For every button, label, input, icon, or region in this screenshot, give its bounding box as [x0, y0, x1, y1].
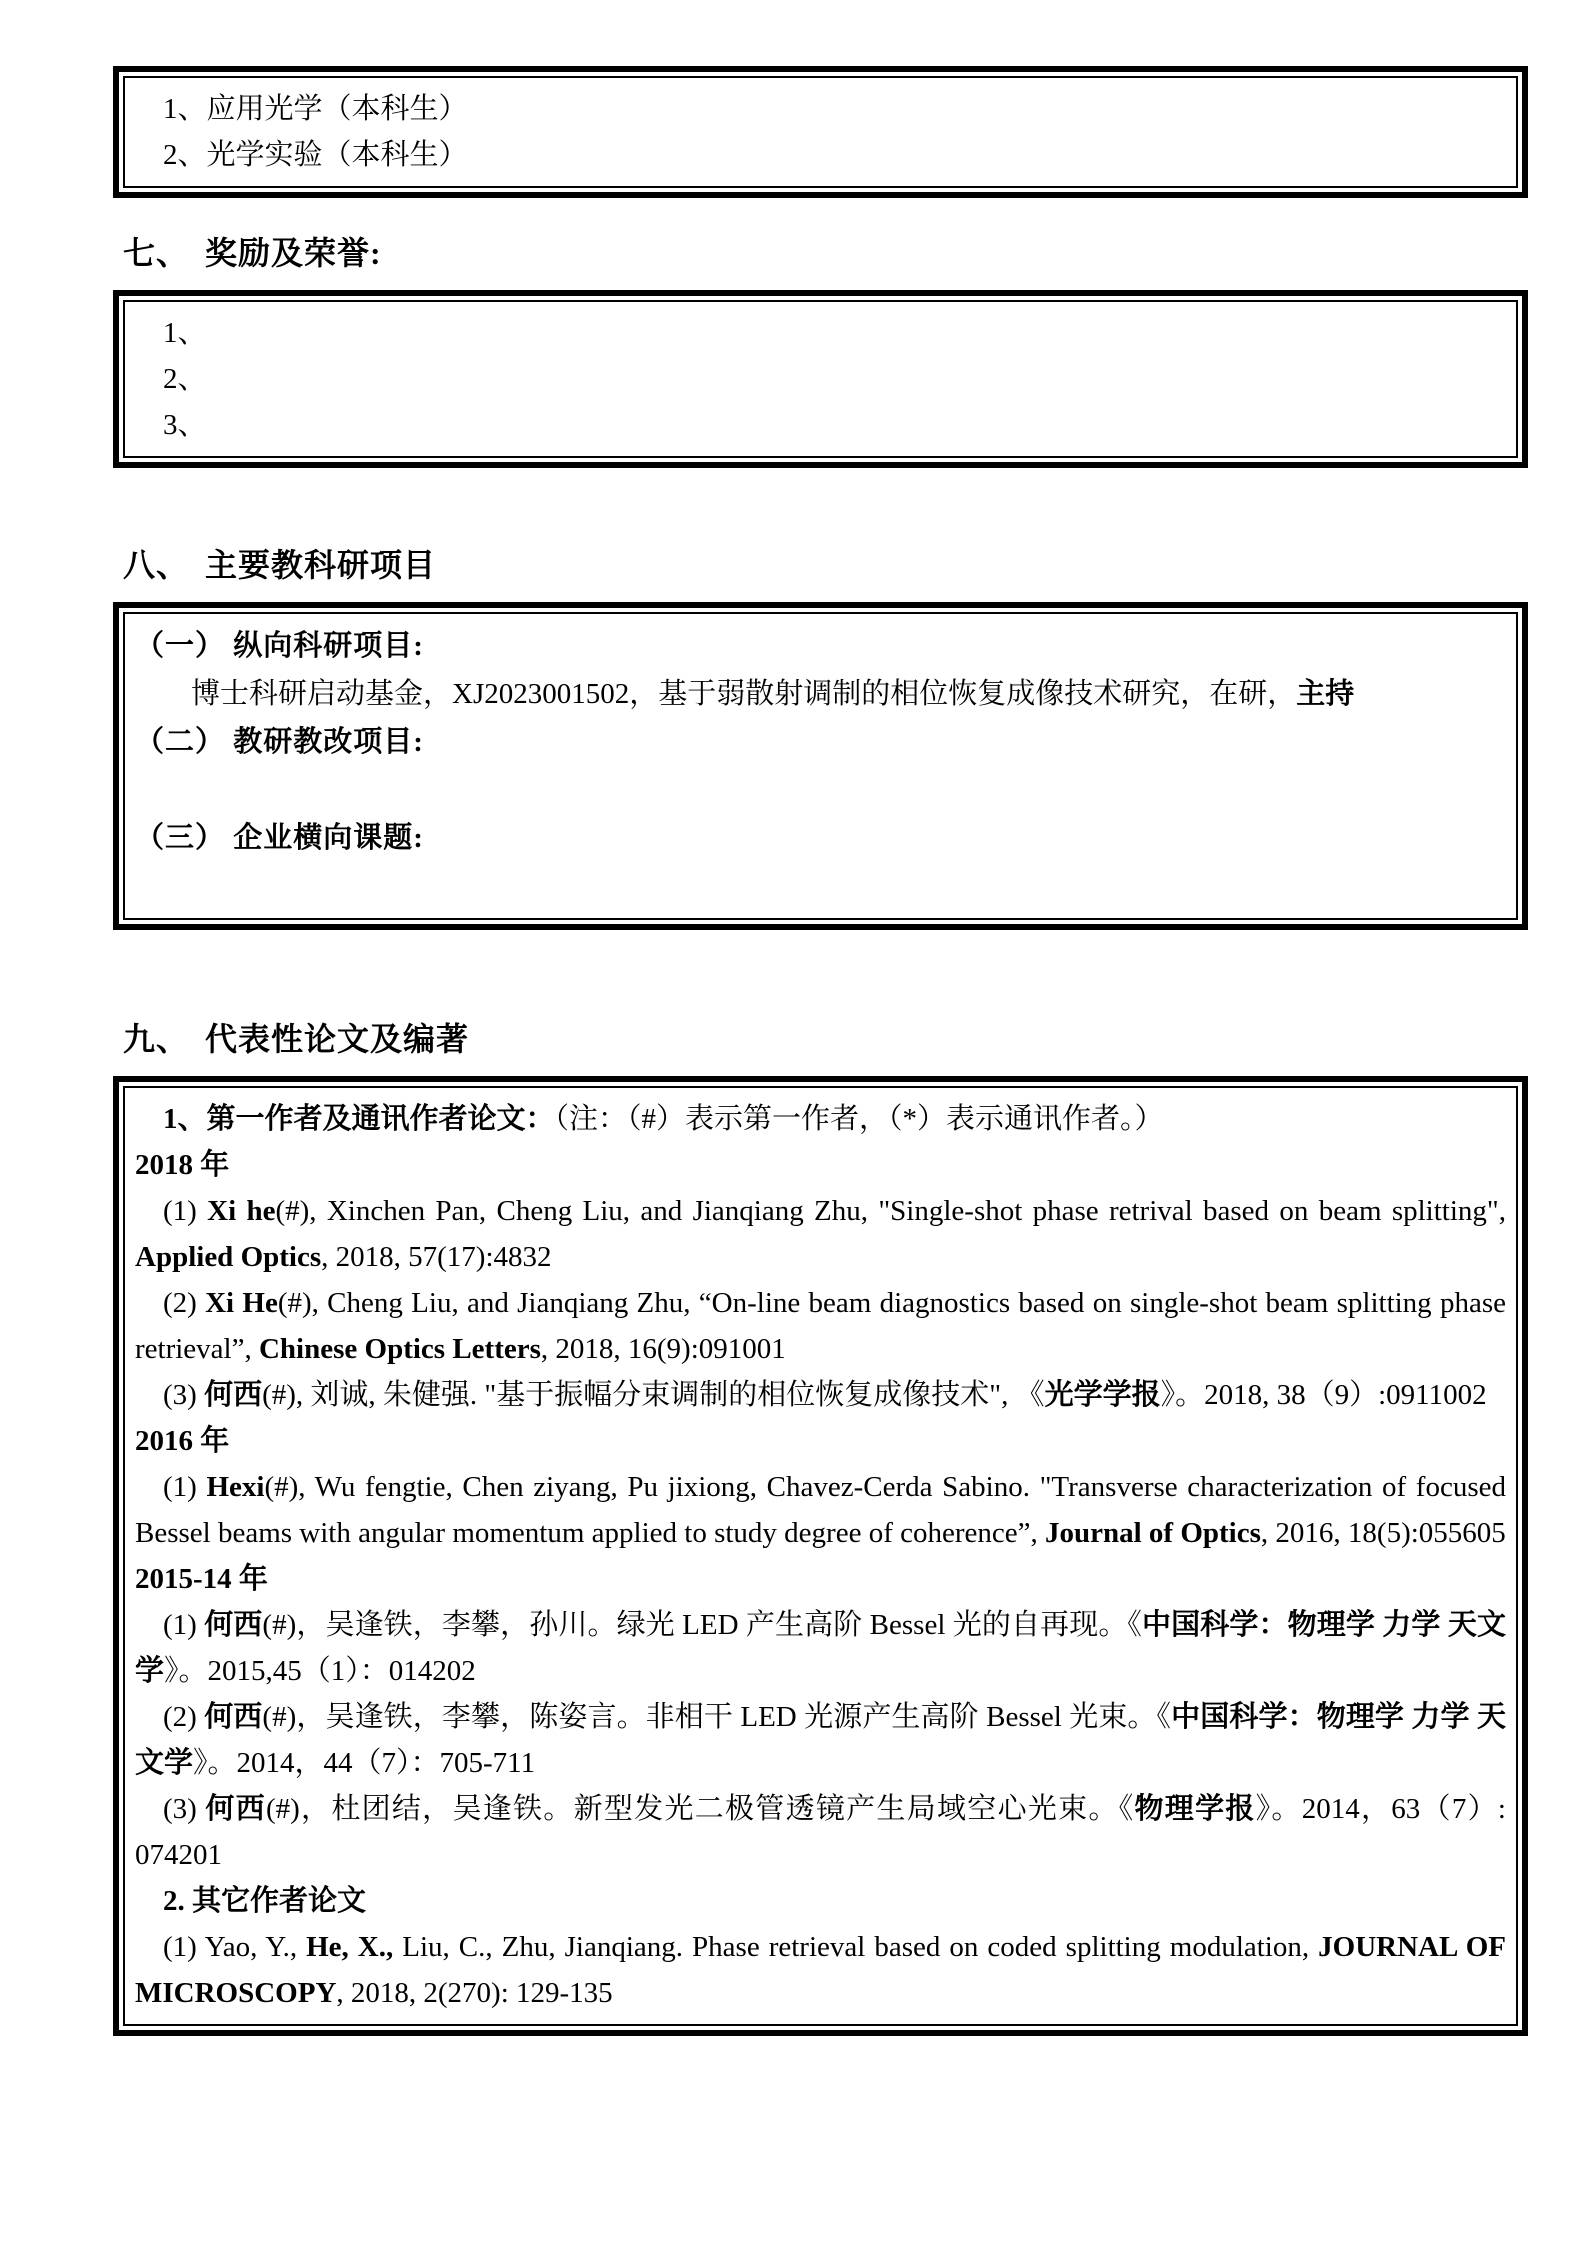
award-item: 3、 [135, 402, 1506, 448]
plain-text: (#)，吴逢铁，李攀，孙川。绿光 LED 产生高阶 Bessel 光的自再现。《 [262, 1609, 1142, 1641]
plain-text: , 2018, 16(9):091001 [541, 1333, 786, 1365]
section-nine-title: 代表性论文及编著 [205, 1014, 469, 1060]
bold-text: 何西 [204, 1609, 262, 1641]
section-seven-number: 七、 [123, 228, 189, 274]
plain-text: (1) [163, 1609, 204, 1641]
plain-text: 》。2015,45（1）：014202 [164, 1655, 476, 1687]
bold-text: 何西 [205, 1793, 266, 1825]
bold-text: 何西 [204, 1701, 262, 1733]
pub-year-heading: 2018 年 [135, 1142, 1506, 1188]
plain-text: 》。2018, 38（9）:0911002 [1161, 1379, 1487, 1411]
courses-box-inner: 1、应用光学（本科生）2、光学实验（本科生） [123, 76, 1518, 188]
pub-entry: 2. 其它作者论文 [135, 1878, 1506, 1924]
plain-text: (#)，吴逢铁，李攀，陈姿言。非相干 LED 光源产生高阶 Bessel 光束。… [262, 1701, 1171, 1733]
plain-text: , 2016, 18(5):055605 [1261, 1517, 1506, 1549]
publications-box-inner: 1、第一作者及通讯作者论文：（注：（#）表示第一作者，（*）表示通讯作者。）20… [123, 1086, 1518, 2026]
award-item: 2、 [135, 356, 1506, 402]
bold-text: 物理学报 [1135, 1793, 1256, 1825]
section-seven-heading: 七、 奖励及荣誉: [123, 228, 1528, 274]
bold-text: Xi he [207, 1195, 275, 1227]
bold-text: Hexi [206, 1471, 264, 1503]
plain-text: 》。2014，44（7）：705-711 [193, 1747, 535, 1779]
projects-box: （一） 纵向科研项目: 博士科研启动基金，XJ2023001502，基于弱散射调… [113, 602, 1528, 930]
projects-box-inner: （一） 纵向科研项目: 博士科研启动基金，XJ2023001502，基于弱散射调… [123, 612, 1518, 920]
bold-text: 2. 其它作者论文 [163, 1885, 366, 1917]
pub-entry: (1) 何西(#)，吴逢铁，李攀，孙川。绿光 LED 产生高阶 Bessel 光… [135, 1602, 1506, 1694]
plain-text: (1) [163, 1195, 207, 1227]
bold-text: 何西 [204, 1379, 262, 1411]
section-seven-title: 奖励及荣誉: [205, 228, 382, 274]
pub-year-heading: 2016 年 [135, 1418, 1506, 1464]
document-page: 1、应用光学（本科生）2、光学实验（本科生） 七、 奖励及荣誉: 1、2、3、 … [0, 0, 1586, 2245]
plain-text: (1) [163, 1471, 206, 1503]
awards-box-inner: 1、2、3、 [123, 300, 1518, 458]
pub-entry: (3) 何西(#)，杜团结，吴逢铁。新型发光二极管透镜产生局域空心光束。《物理学… [135, 1786, 1506, 1878]
plain-text: Liu, C., Zhu, Jianqiang. Phase retrieval… [393, 1931, 1318, 1963]
bold-text: Applied Optics [135, 1241, 321, 1273]
bold-text: 2016 年 [135, 1425, 229, 1457]
plain-text: （注：（#）表示第一作者，（*）表示通讯作者。） [555, 1103, 1164, 1135]
plain-text: (2) [163, 1701, 204, 1733]
courses-box: 1、应用光学（本科生）2、光学实验（本科生） [113, 66, 1528, 198]
pub-entry: (2) Xi He(#), Cheng Liu, and Jianqiang Z… [135, 1280, 1506, 1372]
enterprise-projects-label: （三） 企业横向课题: [135, 814, 1506, 862]
bold-text: He, X., [306, 1931, 393, 1963]
bold-text: Xi He [205, 1287, 278, 1319]
publications-box: 1、第一作者及通讯作者论文：（注：（#）表示第一作者，（*）表示通讯作者。）20… [113, 1076, 1528, 2036]
bold-text: 光学学报 [1045, 1379, 1161, 1411]
section-nine-heading: 九、 代表性论文及编著 [123, 1014, 1528, 1060]
course-item: 1、应用光学（本科生） [135, 86, 1506, 132]
plain-text: 博士科研启动基金，XJ2023001502，基于弱散射调制的相位恢复成像技术研究… [191, 678, 1296, 710]
pub-year-heading: 2015-14 年 [135, 1556, 1506, 1602]
vertical-project-entry: 博士科研启动基金，XJ2023001502，基于弱散射调制的相位恢复成像技术研究… [135, 670, 1506, 718]
bold-text: Journal of Optics [1045, 1517, 1261, 1549]
section-eight-heading: 八、 主要教科研项目 [123, 540, 1528, 586]
section-nine-number: 九、 [123, 1014, 189, 1060]
blank-line [135, 862, 1506, 910]
blank-line [135, 766, 1506, 814]
awards-box: 1、2、3、 [113, 290, 1528, 468]
vertical-projects-label: （一） 纵向科研项目: [135, 622, 1506, 670]
pub-entry: 1、第一作者及通讯作者论文：（注：（#）表示第一作者，（*）表示通讯作者。） [135, 1096, 1506, 1142]
plain-text: (#)，杜团结，吴逢铁。新型发光二极管透镜产生局域空心光束。《 [266, 1793, 1135, 1825]
plain-text: (1) Yao, Y., [163, 1931, 306, 1963]
pub-entry: (2) 何西(#)，吴逢铁，李攀，陈姿言。非相干 LED 光源产生高阶 Bess… [135, 1694, 1506, 1786]
award-item: 1、 [135, 310, 1506, 356]
bold-text: 1、第一作者及通讯作者论文： [163, 1103, 555, 1135]
plain-text: (2) [163, 1287, 205, 1319]
bold-text: 2018 年 [135, 1149, 229, 1181]
plain-text: (#), 刘诚, 朱健强. "基于振幅分束调制的相位恢复成像技术", 《 [262, 1379, 1045, 1411]
bold-text: 主持 [1296, 678, 1354, 710]
course-item: 2、光学实验（本科生） [135, 132, 1506, 178]
bold-text: 2015-14 年 [135, 1563, 268, 1595]
bold-text: Chinese Optics Letters [259, 1333, 541, 1365]
pub-entry: (1) Xi he(#), Xinchen Pan, Cheng Liu, an… [135, 1188, 1506, 1280]
plain-text: (#), Xinchen Pan, Cheng Liu, and Jianqia… [275, 1195, 1506, 1227]
section-eight-number: 八、 [123, 540, 189, 586]
pub-entry: (1) Yao, Y., He, X., Liu, C., Zhu, Jianq… [135, 1924, 1506, 2016]
teaching-reform-label: （二） 教研教改项目: [135, 718, 1506, 766]
plain-text: , 2018, 57(17):4832 [321, 1241, 551, 1273]
section-eight-title: 主要教科研项目 [205, 540, 436, 586]
plain-text: (3) [163, 1793, 205, 1825]
plain-text: (3) [163, 1379, 204, 1411]
pub-entry: (3) 何西(#), 刘诚, 朱健强. "基于振幅分束调制的相位恢复成像技术",… [135, 1372, 1506, 1418]
plain-text: , 2018, 2(270): 129-135 [336, 1977, 612, 2009]
pub-entry: (1) Hexi(#), Wu fengtie, Chen ziyang, Pu… [135, 1464, 1506, 1556]
